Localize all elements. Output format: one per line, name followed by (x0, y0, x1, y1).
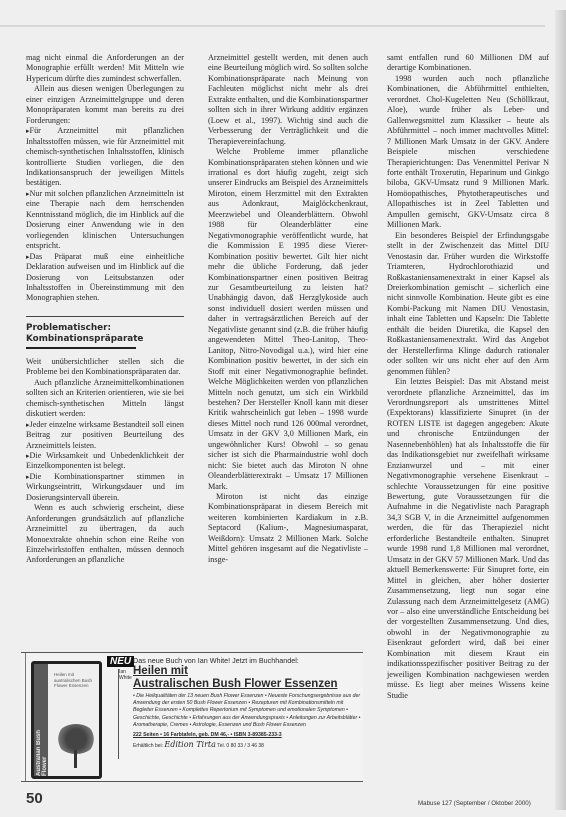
section-heading: Problematischer: Kombinationspräparate (26, 323, 184, 345)
paragraph: Ein besonderes Beispiel der Erfindungsga… (387, 231, 549, 377)
paragraph: Ein letztes Beispiel: Das mit Abstand me… (387, 377, 549, 701)
ad-body: • Die Heilqualitäten der 13 neuen Bush F… (133, 693, 361, 729)
page-binding-edge (555, 10, 566, 810)
bullet-item: Das Präparat muß eine einheitliche Dekla… (26, 252, 184, 304)
paragraph: Wenn es auch schwierig erscheint, diese … (26, 503, 184, 566)
strip-text: Ian White (119, 669, 125, 681)
paragraph: Arzneimittel gestellt werden, mit denen … (208, 53, 368, 147)
bullet-item: Jeder einzelne wirksame Bestandteil soll… (26, 420, 184, 451)
ad-sig-left: Erhältlich bei: (133, 743, 163, 749)
ad-title-line-1: Heilen mit (133, 665, 361, 678)
publisher-signature: Edition Tirta (164, 740, 216, 749)
page-footer: Mabuse 127 (September / Oktober 2000) (418, 800, 531, 807)
ad-text-block: Das neue Buch von Ian White! Jetzt im Bu… (133, 656, 361, 750)
ad-publisher-line: Erhältlich bei: Edition Tirta Tel. 0 80 … (133, 741, 361, 750)
page-number: 50 (26, 790, 43, 807)
ad-book-details: 222 Seiten • 16 Farbtafeln, geb. DM 46,-… (133, 732, 361, 739)
ad-sig-right: Tel. 0 80 33 / 3 46 38 (217, 743, 264, 749)
ad-left-rule (25, 653, 26, 781)
ad-kicker: Das neue Buch von Ian White! Jetzt im Bu… (133, 656, 361, 665)
paragraph: 1998 wurden auch noch pflanzliche Kombin… (387, 74, 549, 231)
bullet-item: Nur mit solchen pflanzlichen Arzneimitte… (26, 189, 184, 252)
paragraph: samt entfallen rund 60 Millionen DM auf … (387, 53, 549, 74)
tree-trunk-icon (74, 750, 77, 768)
paragraph: Weit unübersichtlicher stellen sich die … (26, 357, 184, 378)
new-badge: NEU (107, 656, 134, 667)
page-top-rule (0, 25, 545, 27)
ad-title-line-2: Australischen Bush Flower Essenzen (133, 678, 361, 691)
bullet-item: Für Arzneimittel mit pflanzlichen Inhalt… (26, 126, 184, 189)
book-cover-image: Australian Bush Flower Heilen mit austra… (31, 661, 102, 779)
book-spine: Australian Bush Flower (34, 664, 48, 776)
section-divider (26, 316, 184, 317)
text-column-2: Arzneimittel gestellt werden, mit denen … (208, 53, 368, 565)
heading-underline (26, 347, 136, 349)
paragraph: Allein aus diesen wenigen Überlegungen z… (26, 84, 184, 126)
text-column-3: samt entfallen rund 60 Millionen DM auf … (387, 53, 549, 701)
ad-vertical-strip: Ian White (118, 669, 125, 759)
text-column-1: mag nicht einmal die Anforderungen an de… (26, 53, 184, 566)
book-cover-title: Heilen mit australischen Bush Flower Ess… (54, 672, 96, 689)
paragraph: Auch pflanzliche Arzneimittelkombination… (26, 378, 184, 420)
magazine-page: mag nicht einmal die Anforderungen an de… (0, 0, 566, 817)
book-advertisement: Australian Bush Flower Heilen mit austra… (21, 652, 363, 782)
bullet-item: Die Kombinationspartner stimmen in Wirku… (26, 472, 184, 503)
book-spine-text: Australian Bush Flower (36, 724, 48, 776)
paragraph: Welche Probleme immer pflanzliche Kombin… (208, 147, 368, 492)
bullet-item: Die Wirksamkeit und Unbedenklichkeit der… (26, 451, 184, 472)
paragraph: mag nicht einmal die Anforderungen an de… (26, 53, 184, 84)
paragraph: Miroton ist nicht das einzige Kombinatio… (208, 492, 368, 565)
